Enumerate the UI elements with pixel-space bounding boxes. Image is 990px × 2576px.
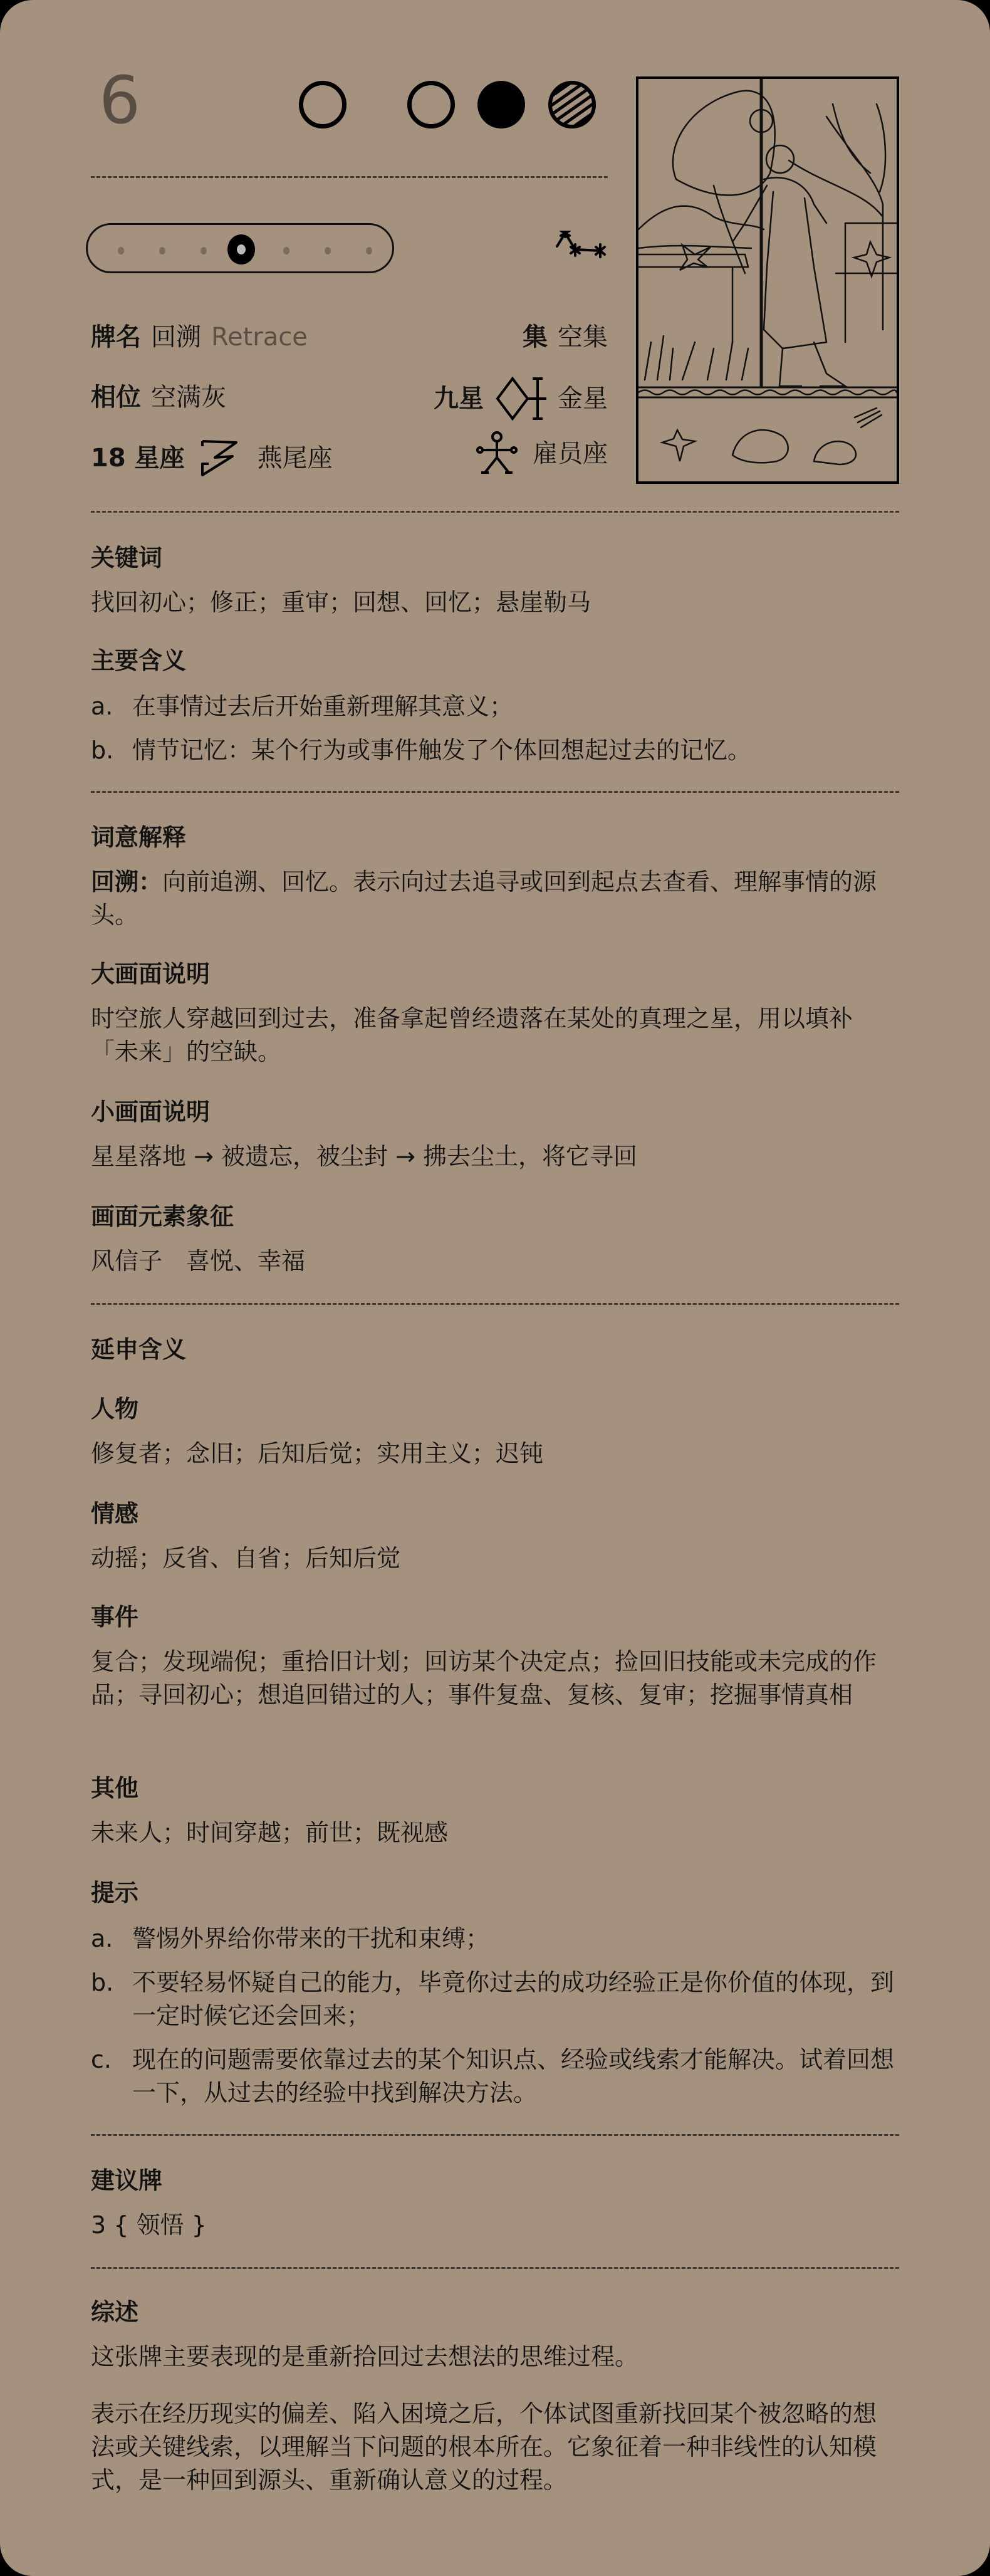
symbols-section: 画面元素象征 风信子 喜悦、幸福 — [91, 1200, 899, 1278]
section-title: 建议牌 — [91, 2164, 899, 2197]
list-marker: a. — [91, 1922, 132, 1956]
list-text: 现在的问题需要依靠过去的某个知识点、经验或线索才能解决。试着回想一下，从过去的经… — [132, 2043, 899, 2110]
subsection-title: 情感 — [91, 1497, 899, 1531]
nine-star-row: 九星 金星 — [434, 376, 608, 421]
moon-phase-empty-icon — [407, 81, 455, 128]
divider — [91, 1303, 899, 1305]
phase-row: 相位 空满灰 — [91, 385, 226, 410]
tarot-card-detail: 6 牌名 回溯 Retrace 集 空集 相位 空满灰 九星 — [0, 0, 990, 2576]
emotion-text: 动摇；反省、自省；后知后觉 — [91, 1542, 899, 1575]
slider-dot[interactable] — [283, 247, 289, 254]
slider-dot[interactable] — [366, 247, 372, 254]
list-marker: c. — [91, 2043, 132, 2110]
set-value: 空集 — [558, 325, 608, 350]
subsection-title: 其他 — [91, 1772, 899, 1805]
big-picture-text: 时空旅人穿越回到过去，准备拿起曾经遗落在某处的真理之星，用以填补「未来」的空缺。 — [91, 1002, 899, 1069]
list-text: 不要轻易怀疑自己的能力，毕竟你过去的成功经验正是你价值的体现，到一定时候它还会回… — [132, 1966, 899, 2033]
emotion-subsection: 情感 动摇；反省、自省；后知后觉 — [91, 1497, 899, 1575]
slider-dot[interactable] — [201, 247, 207, 254]
word-meaning-section: 词意解释 回溯：向前追溯、回忆。表示向过去追寻或回到起点去查看、理解事情的源头。 — [91, 821, 899, 932]
events-text: 复合；发现端倪；重拾旧计划；回访某个决定点；捡回旧技能或未完成的作品；寻回初心；… — [91, 1645, 899, 1712]
subsection-title: 提示 — [91, 1877, 899, 1910]
list-text: 在事情过去后开始重新理解其意义； — [132, 690, 513, 723]
symbols-text: 风信子 喜悦、幸福 — [91, 1245, 899, 1278]
card-artwork-image — [638, 79, 897, 481]
constellation-value: 燕尾座 — [258, 446, 333, 471]
section-title: 主要含义 — [91, 644, 899, 678]
constellation-label: 18 星座 — [91, 446, 185, 471]
people-subsection: 人物 修复者；念旧；后知后觉；实用主义；迟钝 — [91, 1393, 899, 1470]
subsection-title: 事件 — [91, 1601, 899, 1634]
list-item: a. 警惕外界给你带来的干扰和束缚； — [91, 1922, 899, 1956]
card-name-en: Retrace — [211, 325, 308, 350]
divider — [91, 176, 608, 178]
list-marker: b. — [91, 1966, 132, 2033]
term: 回溯： — [91, 868, 162, 896]
divider — [91, 511, 899, 513]
employee-row: 雇员座 — [476, 431, 608, 476]
list-marker: b. — [91, 734, 132, 767]
moon-phase-hatched-icon — [548, 81, 596, 128]
moon-phase-empty-icon — [299, 81, 346, 128]
divider — [91, 791, 899, 793]
section-title: 综述 — [91, 2296, 899, 2329]
section-title: 关键词 — [91, 542, 899, 575]
venus-diamond-icon — [492, 376, 549, 421]
summary-text-2: 表示在经历现实的偏差、陷入困境之后，个体试图重新找回某个被忽略的想法或关键线索，… — [91, 2397, 899, 2497]
other-text: 未来人；时间穿越；前世；既视感 — [91, 1816, 899, 1850]
list-marker: a. — [91, 690, 132, 723]
section-title: 大画面说明 — [91, 958, 899, 991]
extended-section: 延申含义 — [91, 1333, 899, 1366]
moon-phase-full-icon — [477, 81, 525, 128]
word-meaning-text: 回溯：向前追溯、回忆。表示向过去追寻或回到起点去查看、理解事情的源头。 — [91, 866, 899, 932]
list-item: b. 情节记忆：某个行为或事件触发了个体回想起过去的记忆。 — [91, 734, 899, 767]
section-title: 延申含义 — [91, 1333, 899, 1366]
employee-value: 雇员座 — [533, 441, 608, 466]
slider-knob[interactable] — [227, 234, 255, 264]
people-text: 修复者；念旧；后知后觉；实用主义；迟钝 — [91, 1437, 899, 1470]
set-row: 集 空集 — [523, 325, 608, 350]
section-title: 小画面说明 — [91, 1096, 899, 1129]
subsection-title: 人物 — [91, 1393, 899, 1426]
card-number: 6 — [99, 68, 140, 133]
card-illustration — [636, 76, 899, 484]
slider-dot[interactable] — [118, 247, 124, 254]
other-subsection: 其他 未来人；时间穿越；前世；既视感 — [91, 1772, 899, 1850]
definition: 向前追溯、回忆。表示向过去追寻或回到起点去查看、理解事情的源头。 — [91, 868, 877, 929]
section-title: 画面元素象征 — [91, 1200, 899, 1233]
card-name-row: 牌名 回溯 Retrace — [91, 325, 308, 350]
list-text: 情节记忆：某个行为或事件触发了个体回想起过去的记忆。 — [132, 734, 751, 767]
big-picture-section: 大画面说明 时空旅人穿越回到过去，准备拿起曾经遗落在某处的真理之星，用以填补「未… — [91, 958, 899, 1069]
card-name-label: 牌名 — [91, 325, 141, 350]
suggested-card-link[interactable]: 3 { 领悟 } — [91, 2209, 899, 2242]
divider — [91, 2134, 899, 2136]
constellation-row: 18 星座 燕尾座 — [91, 439, 333, 478]
phase-label: 相位 — [91, 385, 141, 410]
list-item: a. 在事情过去后开始重新理解其意义； — [91, 690, 899, 723]
keywords-section: 关键词 找回初心；修正；重审；回想、回忆；悬崖勒马 — [91, 542, 899, 619]
list-item: b. 不要轻易怀疑自己的能力，毕竟你过去的成功经验正是你价值的体现，到一定时候它… — [91, 1966, 899, 2033]
small-picture-text: 星星落地 → 被遗忘，被尘封 → 拂去尘土，将它寻回 — [91, 1140, 899, 1173]
list-text: 警惕外界给你带来的干扰和束缚； — [132, 1922, 489, 1956]
main-meaning-section: 主要含义 a. 在事情过去后开始重新理解其意义； b. 情节记忆：某个行为或事件… — [91, 644, 899, 767]
summary-text-1: 这张牌主要表现的是重新拾回过去想法的思维过程。 — [91, 2340, 899, 2374]
swallowtail-icon — [199, 439, 240, 478]
position-slider[interactable] — [86, 223, 394, 273]
summary-section: 综述 这张牌主要表现的是重新拾回过去想法的思维过程。 表示在经历现实的偏差、陷入… — [91, 2296, 899, 2497]
section-title: 词意解释 — [91, 821, 899, 854]
nine-star-value: 金星 — [558, 386, 608, 411]
set-label: 集 — [523, 325, 548, 350]
card-name-zh: 回溯 — [151, 325, 201, 350]
slider-dot[interactable] — [325, 247, 331, 254]
phase-value: 空满灰 — [151, 385, 226, 410]
keywords-text: 找回初心；修正；重审；回想、回忆；悬崖勒马 — [91, 586, 899, 619]
list-item: c. 现在的问题需要依靠过去的某个知识点、经验或线索才能解决。试着回想一下，从过… — [91, 2043, 899, 2110]
nine-star-label: 九星 — [434, 386, 484, 411]
tips-subsection: 提示 a. 警惕外界给你带来的干扰和束缚； b. 不要轻易怀疑自己的能力，毕竟你… — [91, 1877, 899, 2110]
constellation-icon — [551, 231, 611, 268]
slider-dot[interactable] — [159, 247, 165, 254]
events-subsection: 事件 复合；发现端倪；重拾旧计划；回访某个决定点；捡回旧技能或未完成的作品；寻回… — [91, 1601, 899, 1712]
suggested-card-section: 建议牌 3 { 领悟 } — [91, 2164, 899, 2242]
stick-figure-icon — [476, 431, 518, 476]
small-picture-section: 小画面说明 星星落地 → 被遗忘，被尘封 → 拂去尘土，将它寻回 — [91, 1096, 899, 1173]
divider — [91, 2267, 899, 2269]
